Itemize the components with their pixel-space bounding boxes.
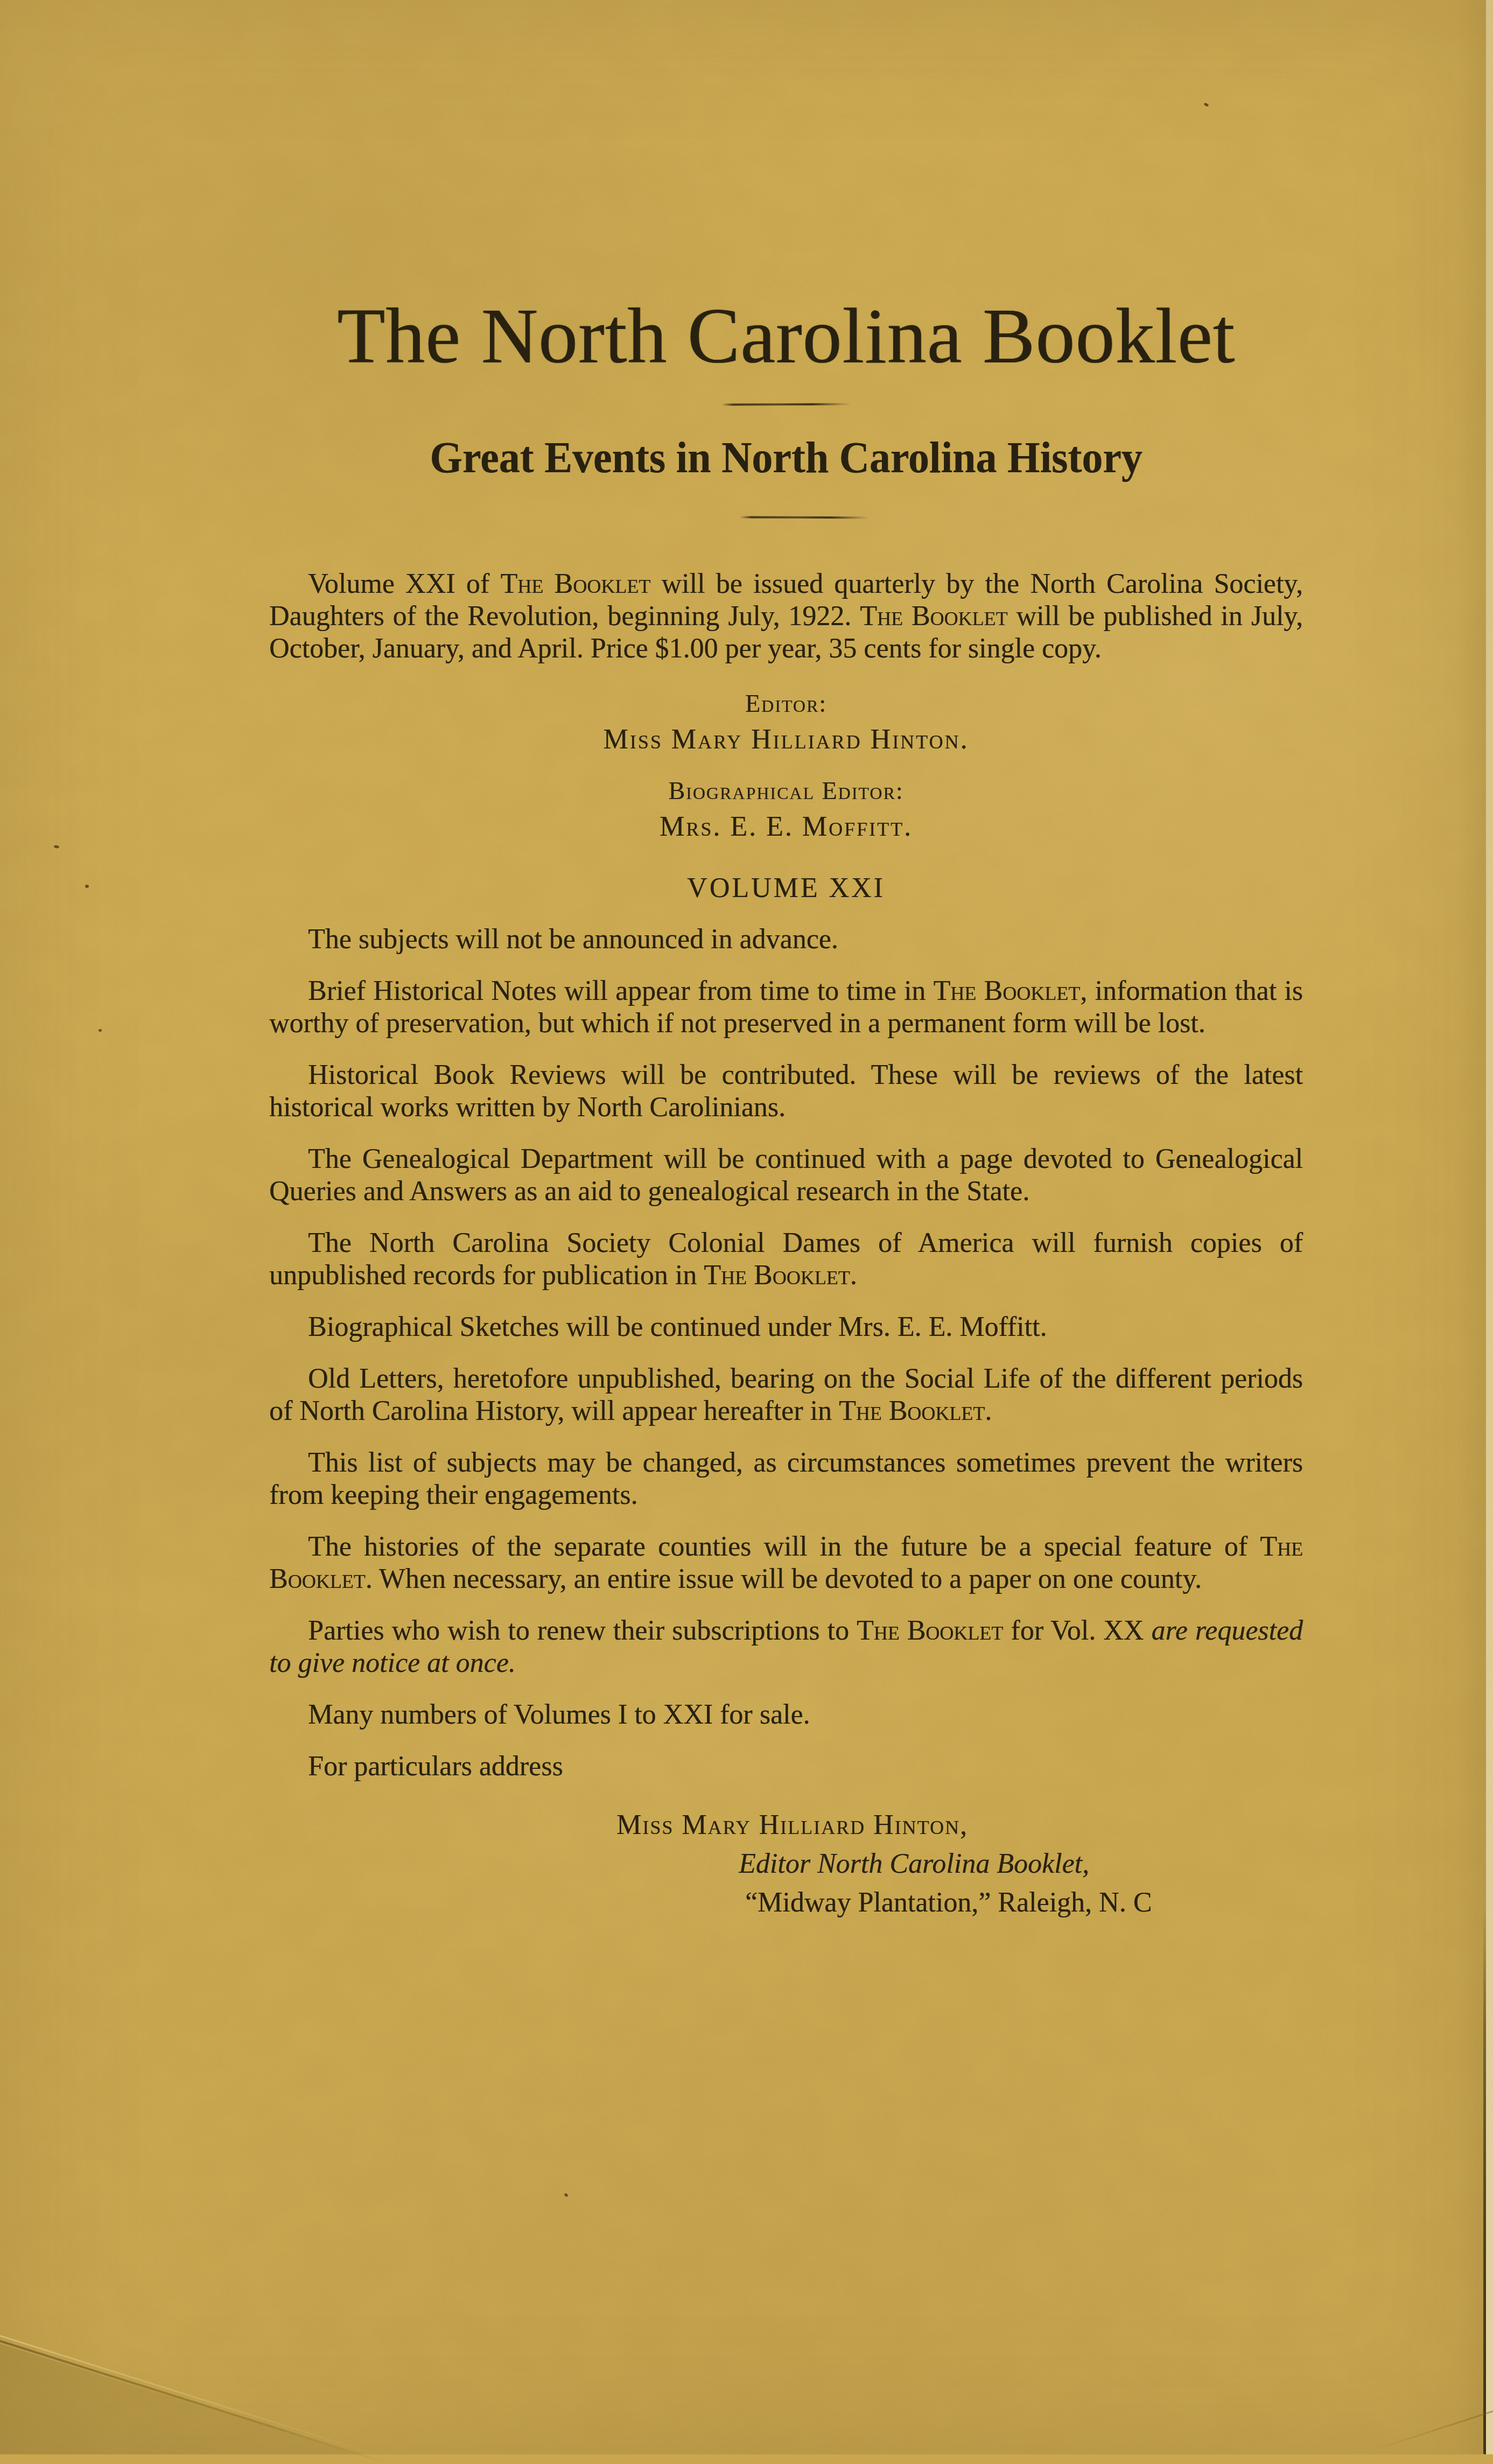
subtitle-divider-rule xyxy=(740,516,869,519)
biographical-editor-name: Mrs. E. E. Moffitt. xyxy=(269,811,1303,843)
paragraph: Parties who wish to renew their subscrip… xyxy=(269,1615,1303,1679)
text-run: Many numbers of Volumes I to XXI for sal… xyxy=(308,1699,810,1730)
paragraph: For particulars address xyxy=(269,1751,1303,1783)
text-run: The histories of the separate counties w… xyxy=(308,1531,1260,1562)
paper-speck xyxy=(54,845,60,849)
closing-address: Miss Mary Hilliard Hinton, Editor North … xyxy=(269,1809,1303,1920)
editor-name: Miss Mary Hilliard Hinton. xyxy=(269,724,1303,755)
small-caps-run: The Booklet xyxy=(839,1396,985,1426)
paper-speck xyxy=(85,885,89,888)
editor-label: Editor: xyxy=(269,690,1303,718)
text-run: Volume XXI of xyxy=(308,569,500,599)
paragraph: Historical Book Reviews will be contribu… xyxy=(269,1059,1303,1124)
biographical-editor-label: Biographical Editor: xyxy=(269,777,1303,805)
paragraph: Biographical Sketches will be continued … xyxy=(269,1311,1303,1343)
text-run: This list of subjects may be changed, as… xyxy=(269,1447,1303,1510)
text-run: The Genealogical Department will be cont… xyxy=(269,1144,1303,1207)
right-edge-shadow-band xyxy=(1457,0,1486,2454)
paper-speck xyxy=(1203,102,1209,107)
paper-speck xyxy=(564,2193,569,2197)
paragraph: Brief Historical Notes will appear from … xyxy=(269,975,1303,1040)
title-divider-rule xyxy=(721,403,851,405)
text-run: Historical Book Reviews will be contribu… xyxy=(269,1060,1303,1123)
paragraph: Many numbers of Volumes I to XXI for sal… xyxy=(269,1699,1303,1731)
text-run: for Vol. XX xyxy=(1003,1615,1151,1646)
page-subtitle: Great Events in North Carolina History xyxy=(295,432,1277,483)
text-run: For particulars address xyxy=(308,1751,563,1782)
right-page-edge-sliver xyxy=(1486,0,1493,2454)
paragraph: The histories of the separate counties w… xyxy=(269,1531,1303,1595)
closing-address-name: Miss Mary Hilliard Hinton, xyxy=(616,1809,1303,1842)
volume-heading: VOLUME XXI xyxy=(269,873,1303,904)
text-block: The North Carolina Booklet Great Events … xyxy=(269,293,1303,1920)
paragraph: Old Letters, heretofore unpublished, bea… xyxy=(269,1363,1303,1427)
paragraph: The Genealogical Department will be cont… xyxy=(269,1143,1303,1208)
small-caps-run: The Booklet xyxy=(500,569,650,599)
paragraph: The subjects will not be announced in ad… xyxy=(269,923,1303,956)
masthead: Editor: Miss Mary Hilliard Hinton. Biogr… xyxy=(269,690,1303,843)
paragraph: The North Carolina Society Colonial Dame… xyxy=(269,1227,1303,1292)
small-caps-run: The Booklet xyxy=(857,1615,1003,1646)
text-run: . xyxy=(850,1260,857,1291)
small-caps-run: The Booklet xyxy=(860,601,1007,632)
text-run: Biographical Sketches will be continued … xyxy=(308,1312,1047,1342)
text-run: Brief Historical Notes will appear from … xyxy=(308,976,934,1006)
body-paragraphs: The subjects will not be announced in ad… xyxy=(269,923,1303,1783)
small-caps-run: The Booklet xyxy=(934,976,1081,1006)
text-run: . When necessary, an entire issue will b… xyxy=(366,1564,1202,1594)
small-caps-run: The Booklet xyxy=(704,1260,850,1291)
paper-speck xyxy=(99,1029,102,1032)
scanned-page: The North Carolina Booklet Great Events … xyxy=(0,0,1493,2454)
closing-address-role: Editor North Carolina Booklet, xyxy=(739,1847,1303,1881)
text-run: Old Letters, heretofore unpublished, bea… xyxy=(269,1363,1303,1426)
page-title: The North Carolina Booklet xyxy=(269,293,1303,379)
paragraph: This list of subjects may be changed, as… xyxy=(269,1447,1303,1511)
text-run: Parties who wish to renew their subscrip… xyxy=(308,1615,857,1646)
text-run: . xyxy=(985,1396,992,1426)
intro-paragraph: Volume XXI of The Booklet will be issued… xyxy=(269,568,1303,665)
text-run: The subjects will not be announced in ad… xyxy=(308,924,838,955)
closing-address-location: “Midway Plantation,” Raleigh, N. C xyxy=(745,1886,1303,1920)
